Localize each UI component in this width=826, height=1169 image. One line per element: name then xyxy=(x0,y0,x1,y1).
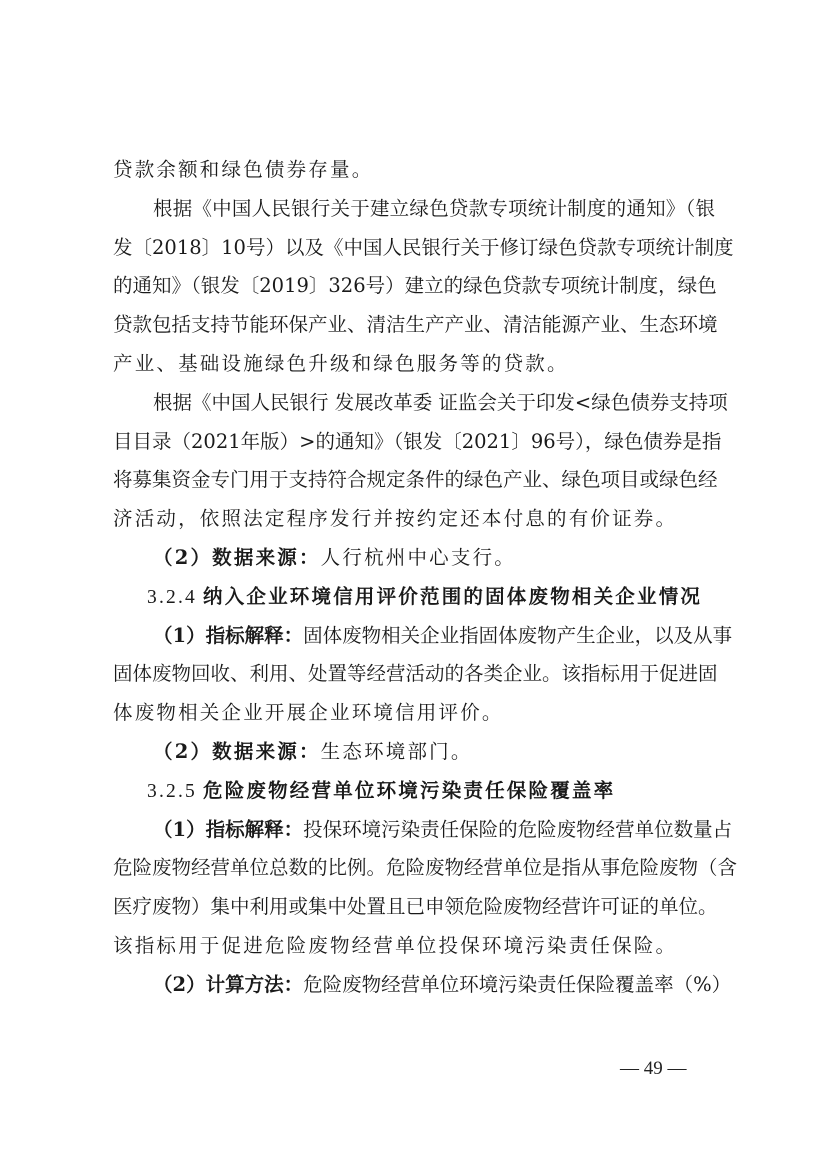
paragraph-line: 济活动，依照法定程序发行并按约定还本付息的有价证券。 xyxy=(113,500,715,539)
page-number: — 49 — xyxy=(620,1058,687,1080)
calculation-label: （2）计算方法： xyxy=(153,973,303,996)
calculation-line: （2）计算方法：危险废物经营单位环境污染责任保险覆盖率（%） xyxy=(113,966,715,1005)
paragraph-line: 产业、基础设施绿色升级和绿色服务等的贷款。 xyxy=(113,345,715,384)
paragraph-line: 贷款余额和绿色债券存量。 xyxy=(113,151,715,190)
document-page: 贷款余额和绿色债券存量。 根据《中国人民银行关于建立绿色贷款专项统计制度的通知》… xyxy=(113,151,715,1005)
paragraph-line: 体废物相关企业开展企业环境信用评价。 xyxy=(113,694,715,733)
paragraph-line: 危险废物经营单位总数的比例。危险废物经营单位是指从事危险废物（含 xyxy=(113,849,715,888)
paragraph-line: 发〔2018〕10号）以及《中国人民银行关于修订绿色贷款专项统计制度 xyxy=(113,229,715,268)
paragraph-line: 将募集资金专门用于支持符合规定条件的绿色产业、绿色项目或绿色经 xyxy=(113,461,715,500)
paragraph-line: 根据《中国人民银行 发展改革委 证监会关于印发<绿色债券支持项 xyxy=(113,384,715,423)
definition-label: （1）指标解释： xyxy=(153,818,303,841)
definition-text: 投保环境污染责任保险的危险废物经营单位数量占 xyxy=(303,818,732,841)
calculation-text: 危险废物经营单位环境污染责任保险覆盖率（%） xyxy=(303,973,731,996)
data-source-label: （2）数据来源： xyxy=(153,740,321,763)
paragraph-line: 该指标用于促进危险废物经营单位投保环境污染责任保险。 xyxy=(113,927,715,966)
paragraph-line: 的通知》（银发〔2019〕326号）建立的绿色贷款专项统计制度，绿色 xyxy=(113,267,715,306)
definition-label: （1）指标解释： xyxy=(153,624,303,647)
data-source-line: （2）数据来源：生态环境部门。 xyxy=(113,733,715,772)
section-title: 纳入企业环境信用评价范围的固体废物相关企业情况 xyxy=(203,585,702,608)
data-source-text: 人行杭州中心支行。 xyxy=(321,546,516,569)
paragraph-line: 贷款包括支持节能环保产业、清洁生产产业、清洁能源产业、生态环境 xyxy=(113,306,715,345)
data-source-label: （2）数据来源： xyxy=(153,546,321,569)
section-heading-3-2-4: 3.2.4纳入企业环境信用评价范围的固体废物相关企业情况 xyxy=(113,578,715,617)
data-source-line: （2）数据来源：人行杭州中心支行。 xyxy=(113,539,715,578)
section-number: 3.2.4 xyxy=(147,587,197,608)
definition-line: （1）指标解释：投保环境污染责任保险的危险废物经营单位数量占 xyxy=(113,811,715,850)
section-number: 3.2.5 xyxy=(147,781,197,802)
paragraph-line: 目目录（2021年版）>的通知》（银发〔2021〕96号），绿色债券是指 xyxy=(113,423,715,462)
definition-text: 固体废物相关企业指固体废物产生企业，以及从事 xyxy=(303,624,732,647)
paragraph-line: 固体废物回收、利用、处置等经营活动的各类企业。该指标用于促进固 xyxy=(113,655,715,694)
paragraph-line: 根据《中国人民银行关于建立绿色贷款专项统计制度的通知》（银 xyxy=(113,190,715,229)
section-heading-3-2-5: 3.2.5危险废物经营单位环境污染责任保险覆盖率 xyxy=(113,772,715,811)
definition-line: （1）指标解释：固体废物相关企业指固体废物产生企业，以及从事 xyxy=(113,617,715,656)
section-title: 危险废物经营单位环境污染责任保险覆盖率 xyxy=(203,779,615,802)
paragraph-line: 医疗废物）集中利用或集中处置且已申领危险废物经营许可证的单位。 xyxy=(113,888,715,927)
data-source-text: 生态环境部门。 xyxy=(321,740,473,763)
